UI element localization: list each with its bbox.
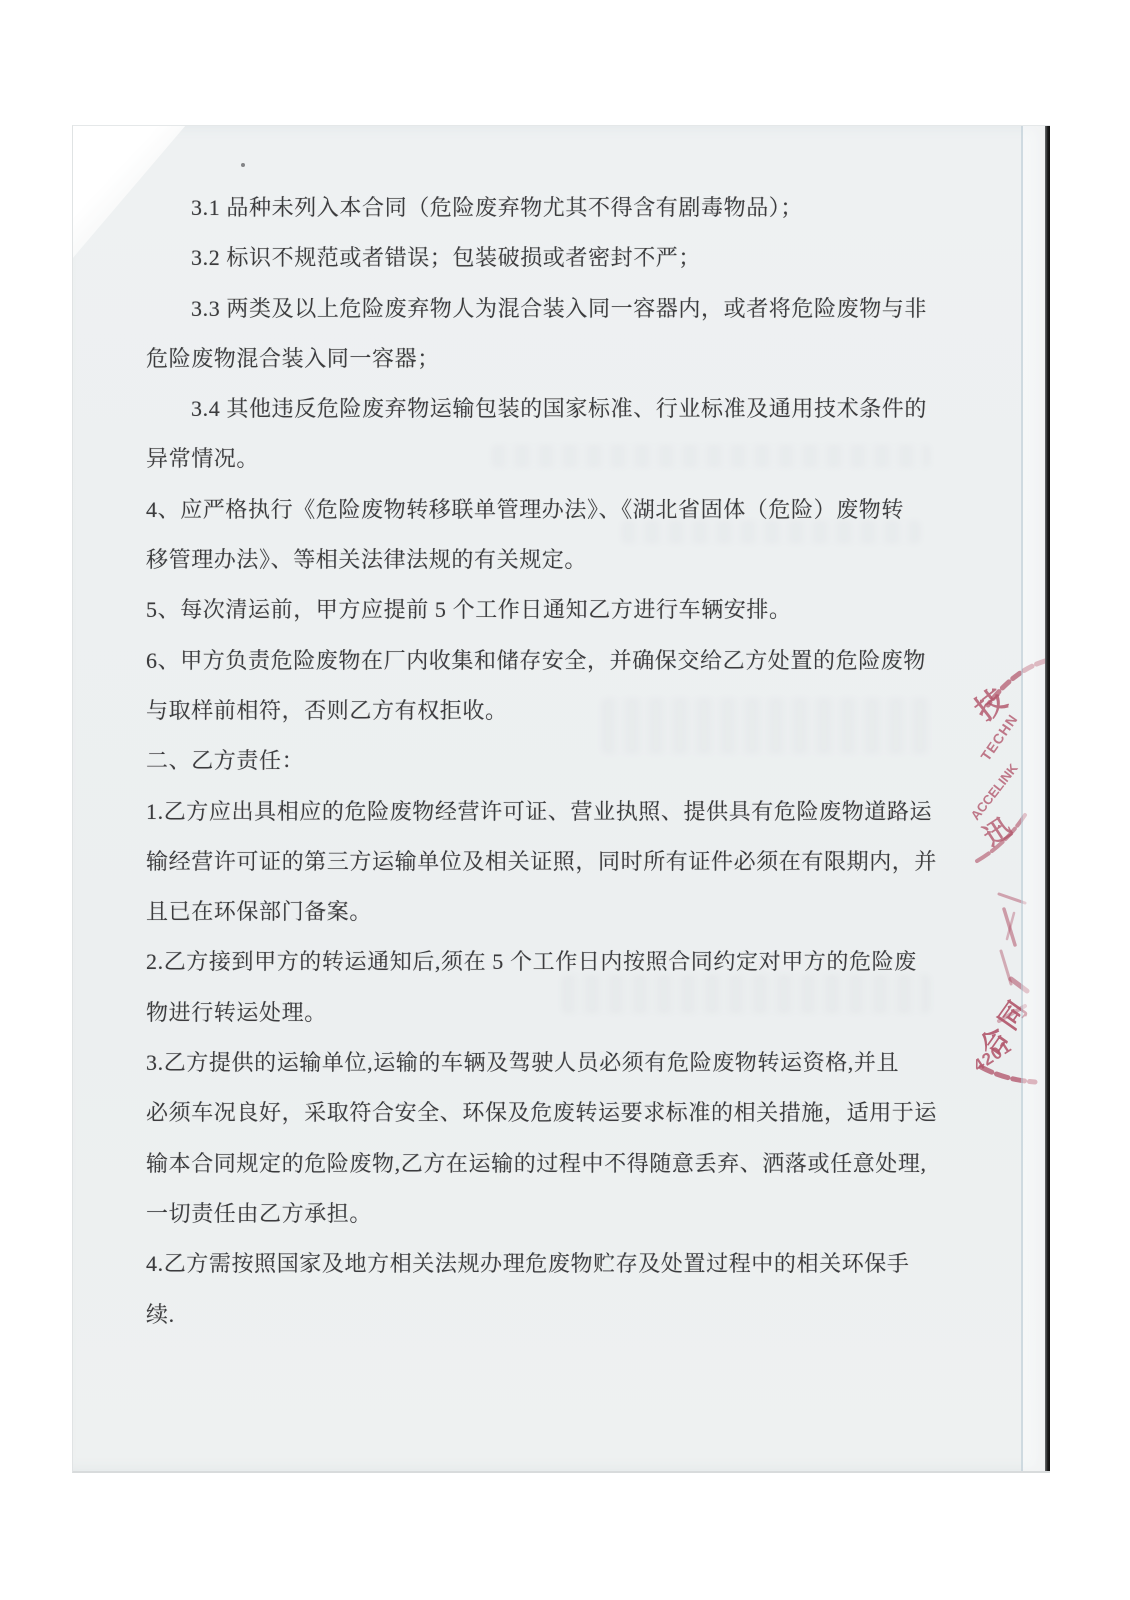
clause-b3-cont3: 一切责任由乙方承担。	[146, 1189, 976, 1239]
clause-4-cont: 移管理办法》、等相关法律法规的有关规定。	[146, 535, 976, 585]
clause-4: 4、应严格执行《危险废物转移联单管理办法》、《湖北省固体（危险）废物转	[146, 485, 976, 535]
seal-chinese-char-bottom: 迅	[978, 812, 1017, 852]
ink-speck	[241, 163, 245, 167]
contract-page: 3.1 品种未列入本合同（危险废弃物尤其不得含有剧毒物品）； 3.2 标识不规范…	[72, 125, 1050, 1473]
clause-3-4: 3.4 其他违反危险废弃物运输包装的国家标准、行业标准及通用技术条件的	[146, 384, 976, 434]
clause-b4-cont: 续.	[146, 1290, 976, 1340]
clause-3-4-cont: 异常情况。	[146, 434, 976, 484]
clause-b4: 4.乙方需按照国家及地方相关法规办理危废物贮存及处置过程中的相关环保手	[146, 1239, 976, 1289]
clause-3-3-cont: 危险废物混合装入同一容器；	[146, 334, 976, 384]
clause-b3: 3.乙方提供的运输单位,运输的车辆及驾驶人员必须有危险废物转运资格,并且	[146, 1038, 976, 1088]
clause-5: 5、每次清运前，甲方应提前 5 个工作日通知乙方进行车辆安排。	[146, 585, 976, 635]
page-crease-line	[1021, 126, 1023, 1471]
clause-b1-cont2: 且已在环保部门备案。	[146, 887, 976, 937]
clause-3-2: 3.2 标识不规范或者错误；包装破损或者密封不严；	[146, 233, 976, 283]
clause-6-cont: 与取样前相符，否则乙方有权拒收。	[146, 686, 976, 736]
clause-b3-cont2: 输本合同规定的危险废物,乙方在运输的过程中不得随意丢弃、洒落或任意处理,	[146, 1139, 976, 1189]
clause-b2-cont: 物进行转运处理。	[146, 988, 976, 1038]
clause-b3-cont: 必须车况良好，采取符合安全、环保及危废转运要求标准的相关措施，适用于运	[146, 1088, 976, 1138]
clause-b2: 2.乙方接到甲方的转运通知后,须在 5 个工作日内按照合同约定对甲方的危险废	[146, 937, 976, 987]
page-edge-light-band	[1023, 126, 1045, 1471]
section-2-heading: 二、乙方责任：	[146, 736, 976, 786]
seal-english-arc-bottom: ACCELINK	[968, 760, 1022, 823]
scanner-background: 3.1 品种未列入本合同（危险废弃物尤其不得含有剧毒物品）； 3.2 标识不规范…	[0, 0, 1130, 1600]
clause-3-3: 3.3 两类及以上危险废弃物人为混合装入同一容器内，或者将危险废物与非	[146, 284, 976, 334]
page-right-edge-shadow	[1045, 126, 1050, 1471]
clause-b1: 1.乙方应出具相应的危险废物经营许可证、营业执照、提供具有危险废物道路运	[146, 787, 976, 837]
clause-3-1: 3.1 品种未列入本合同（危险废弃物尤其不得含有剧毒物品）；	[146, 183, 976, 233]
clause-b1-cont: 输经营许可证的第三方运输单位及相关证照，同时所有证件必须在有限期内，并	[146, 837, 976, 887]
clause-6: 6、甲方负责危险废物在厂内收集和储存安全，并确保交给乙方处置的危险废物	[146, 636, 976, 686]
contract-text-block: 3.1 品种未列入本合同（危险废弃物尤其不得含有剧毒物品）； 3.2 标识不规范…	[146, 183, 976, 1340]
